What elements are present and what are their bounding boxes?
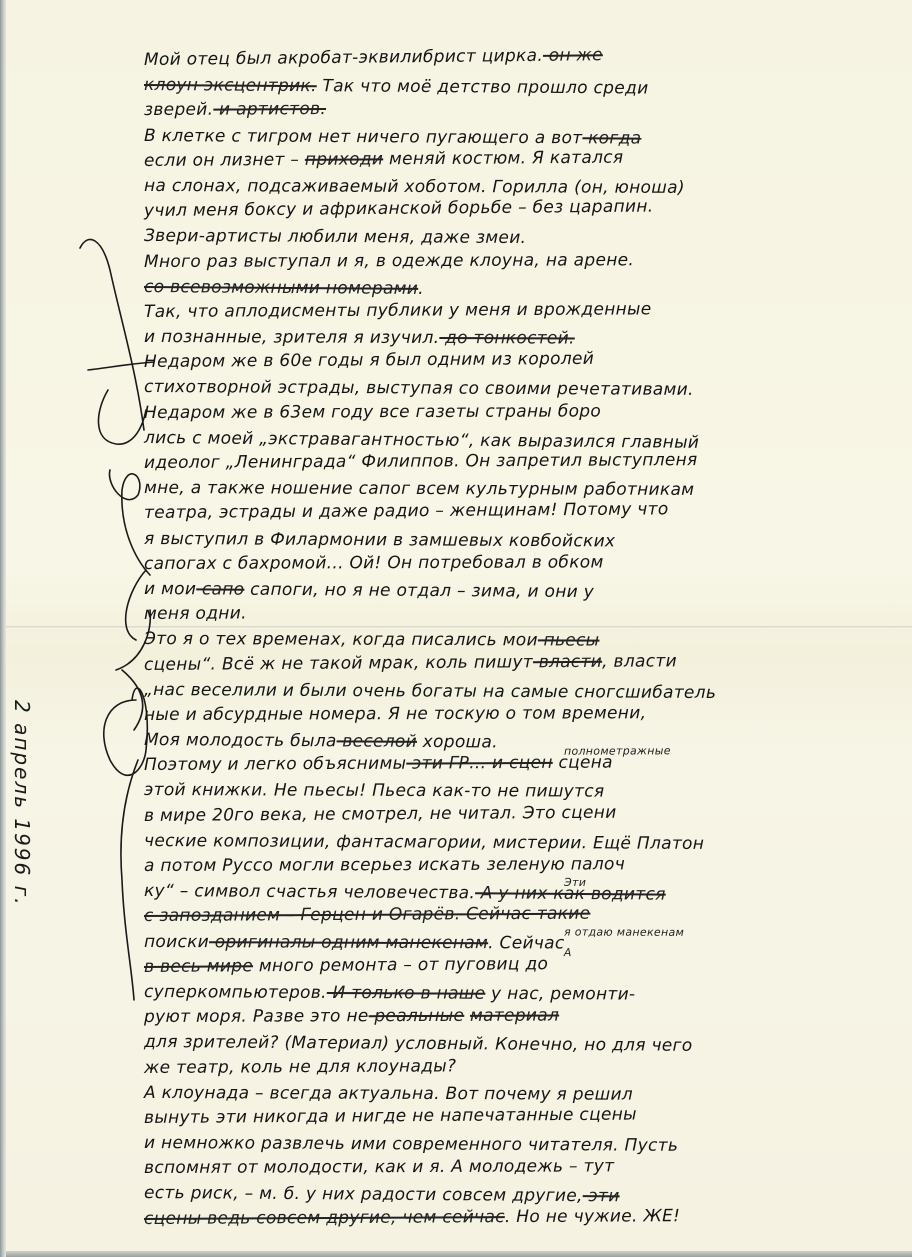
struck-text: сапо bbox=[196, 579, 244, 599]
line-text: „нас веселили и были очень богаты на сам… bbox=[144, 680, 716, 703]
line-text: в мире 20го века, не смотрел, не читал. … bbox=[144, 802, 617, 825]
line-text: . bbox=[418, 279, 424, 299]
manuscript-line: меня одни. bbox=[144, 598, 899, 627]
line-text: меня одни. bbox=[144, 604, 247, 625]
manuscript-line: руют моря. Разве это не реальные материа… bbox=[144, 1002, 899, 1030]
struck-text: сцены ведь совсем другие, чем сейчас bbox=[144, 1207, 505, 1229]
line-text: ческие композиции, фантасмагории, мистер… bbox=[144, 831, 704, 854]
line-text: меняй костюм. Я катался bbox=[383, 147, 623, 169]
struck-text: в весь мире bbox=[144, 956, 253, 977]
line-text: Поэтому и легко объяснимы bbox=[144, 754, 406, 775]
manuscript-line: ные и абсурдные номера. Я не тоскую о то… bbox=[144, 700, 899, 728]
line-text: суперкомпьютеров. bbox=[144, 982, 327, 1003]
line-text: А клоунада – всегда актуальна. Вот почем… bbox=[144, 1083, 633, 1105]
line-text: же театр, коль не для клоунады? bbox=[144, 1056, 456, 1078]
line-text: этой книжки. Не пьесы! Пьеса как-то не п… bbox=[144, 780, 605, 802]
manuscript-line: Мой отец был акробат-эквилибрист цирка. … bbox=[144, 40, 899, 73]
line-text: идеолог „Ленинграда“ Филиппов. Он запрет… bbox=[144, 450, 698, 473]
manuscript-line: Недаром же в 63ем году все газеты страны… bbox=[144, 398, 899, 426]
line-text: . Сейчас bbox=[488, 933, 564, 953]
manuscript-line: же театр, коль не для клоунады? bbox=[144, 1052, 899, 1081]
paper-bottom-edge bbox=[6, 1251, 912, 1257]
manuscript-line: в мире 20го века, не смотрел, не читал. … bbox=[144, 798, 899, 828]
manuscript-line: если он лизнет – приходи меняй костюм. Я… bbox=[144, 143, 899, 173]
line-text: Недаром же в 60е годы я был одним из кор… bbox=[144, 349, 594, 372]
line-text: хороша. bbox=[417, 732, 498, 753]
line-text: много ремонта – от пуговиц до bbox=[253, 954, 548, 976]
struck-text: И только в наше bbox=[327, 983, 486, 1004]
struck-text: веселой bbox=[337, 731, 418, 752]
manuscript-line: а потом Руссо могли всерьез искать зелен… bbox=[144, 851, 899, 879]
struck-text: приходи bbox=[305, 149, 383, 170]
struck-text: и артистов. bbox=[213, 99, 326, 120]
line-text: Недаром же в 63ем году все газеты страны… bbox=[144, 401, 601, 423]
line-text: Это я о тех временах, когда писались мои bbox=[144, 629, 538, 650]
line-text: я выступил в Филармонии в замшевых ковбо… bbox=[144, 529, 615, 551]
struck-text: власти bbox=[533, 651, 602, 671]
manuscript-line: зверей. и артистов. bbox=[144, 94, 899, 123]
line-text: зверей. bbox=[144, 100, 213, 120]
struck-text: с запозданием – Герцен и Огарёв. Сейчас … bbox=[144, 904, 591, 926]
inserted-correction: полнометражные bbox=[564, 738, 671, 764]
inserted-correction: Эти bbox=[564, 870, 586, 895]
line-text: и мои bbox=[144, 579, 196, 599]
manuscript-line: вспомнят от молодости, как и я. А молоде… bbox=[144, 1154, 899, 1182]
line-text: и познанные, зрителя я изучил. bbox=[144, 327, 439, 348]
line-text: у нас, ремонти- bbox=[485, 984, 635, 1005]
struck-text: оригиналы одним манекенам bbox=[209, 932, 488, 953]
line-text: Много раз выступал и я, в одежде клоуна,… bbox=[144, 250, 634, 272]
line-text: есть риск, – м. б. у них радости совсем … bbox=[144, 1183, 583, 1206]
struck-text: клоун эксцентрик. bbox=[144, 75, 317, 96]
line-text: вынуть эти никогда и нигде не напечатанн… bbox=[144, 1104, 637, 1127]
struck-text: реальные bbox=[369, 1006, 465, 1026]
manuscript-line: учил меня боксу и африканской борьбе – б… bbox=[144, 193, 899, 225]
struck-text: материал bbox=[470, 1006, 559, 1026]
manuscript-line: сцены“. Всё ж не такой мрак, коль пишут … bbox=[144, 647, 899, 677]
manuscript-line: сапогах с бахромой... Ой! Он потребовал … bbox=[144, 549, 899, 577]
line-text: Мой отец был акробат-эквилибрист цирка. bbox=[144, 46, 543, 70]
paper-left-edge bbox=[0, 0, 6, 1257]
line-text: Звери-артисты любили меня, даже змеи. bbox=[144, 226, 526, 248]
manuscript-line: Недаром же в 60е годы я был одним из кор… bbox=[144, 345, 899, 375]
line-text: сапоги, но я не отдал – зима, и они у bbox=[244, 580, 594, 602]
line-text: . Но не чужие. ЖЕ! bbox=[505, 1206, 680, 1227]
line-text: сцены“. Всё ж не такой мрак, коль пишут bbox=[144, 652, 533, 675]
line-text: Так, что аплодисменты публики у меня и в… bbox=[144, 299, 652, 322]
manuscript-line: Так, что аплодисменты публики у меня и в… bbox=[144, 296, 899, 325]
line-text: В клетке с тигром нет ничего пугающего а… bbox=[144, 126, 583, 148]
line-text: ку“ – символ счастья человечества. bbox=[144, 881, 475, 903]
manuscript-page: 2 апрель 1996 г. Мой отец был акробат-эк… bbox=[6, 0, 912, 1257]
line-text: театра, эстрады и даже радио – женщинам!… bbox=[144, 500, 669, 524]
margin-date: 2 апрель 1996 г. bbox=[10, 700, 34, 906]
manuscript-line: театра, эстрады и даже радио – женщинам!… bbox=[144, 496, 899, 526]
line-text: Моя молодость была bbox=[144, 730, 337, 751]
line-text: руют моря. Разве это не bbox=[144, 1006, 369, 1027]
signature-scribble-icon bbox=[66, 230, 156, 1010]
line-text: ные и абсурдные номера. Я не тоскую о то… bbox=[144, 703, 646, 725]
line-text: и немножко развлечь ими современного чит… bbox=[144, 1133, 678, 1156]
manuscript-line: вынуть эти никогда и нигде не напечатанн… bbox=[144, 1101, 899, 1131]
manuscript-line: сцены ведь совсем другие, чем сейчас. Но… bbox=[144, 1203, 899, 1232]
inserted-correction: я отдаю манекенам bbox=[564, 919, 684, 945]
manuscript-line: Много раз выступал и я, в одежде клоуна,… bbox=[144, 247, 899, 275]
struck-text: со всевозможными номерами bbox=[144, 277, 418, 299]
line-text: стихотворной эстрады, выступая со своими… bbox=[144, 377, 694, 400]
line-text: если он лизнет – bbox=[144, 150, 305, 171]
line-text: а потом Руссо могли всерьез искать зелен… bbox=[144, 854, 625, 876]
line-text: , власти bbox=[602, 651, 677, 672]
struck-text: эти ГР... и сцен bbox=[406, 753, 553, 774]
struck-text: он же bbox=[543, 45, 603, 66]
line-text: сапогах с бахромой... Ой! Он потребовал … bbox=[144, 552, 604, 574]
line-text: учил меня боксу и африканской борьбе – б… bbox=[144, 197, 654, 221]
manuscript-line: идеолог „Ленинграда“ Филиппов. Он запрет… bbox=[144, 447, 899, 476]
manuscript-line: в весь мире много ремонта – от пуговиц д… bbox=[144, 949, 899, 979]
line-text: вспомнят от молодости, как и я. А молоде… bbox=[144, 1157, 614, 1179]
manuscript-line: Поэтому и легко объяснимы эти ГР... и сц… bbox=[144, 749, 899, 778]
manuscript-line: с запозданием – Герцен и Огарёв. Сейчас … bbox=[144, 900, 899, 929]
manuscript-text: Мой отец был акробат-эквилибрист цирка. … bbox=[144, 48, 899, 1232]
inserted-correction: А bbox=[564, 940, 572, 965]
line-text: поиски bbox=[144, 932, 209, 952]
struck-text: до тонкостей. bbox=[439, 328, 574, 348]
struck-text: пьесы bbox=[538, 631, 600, 651]
